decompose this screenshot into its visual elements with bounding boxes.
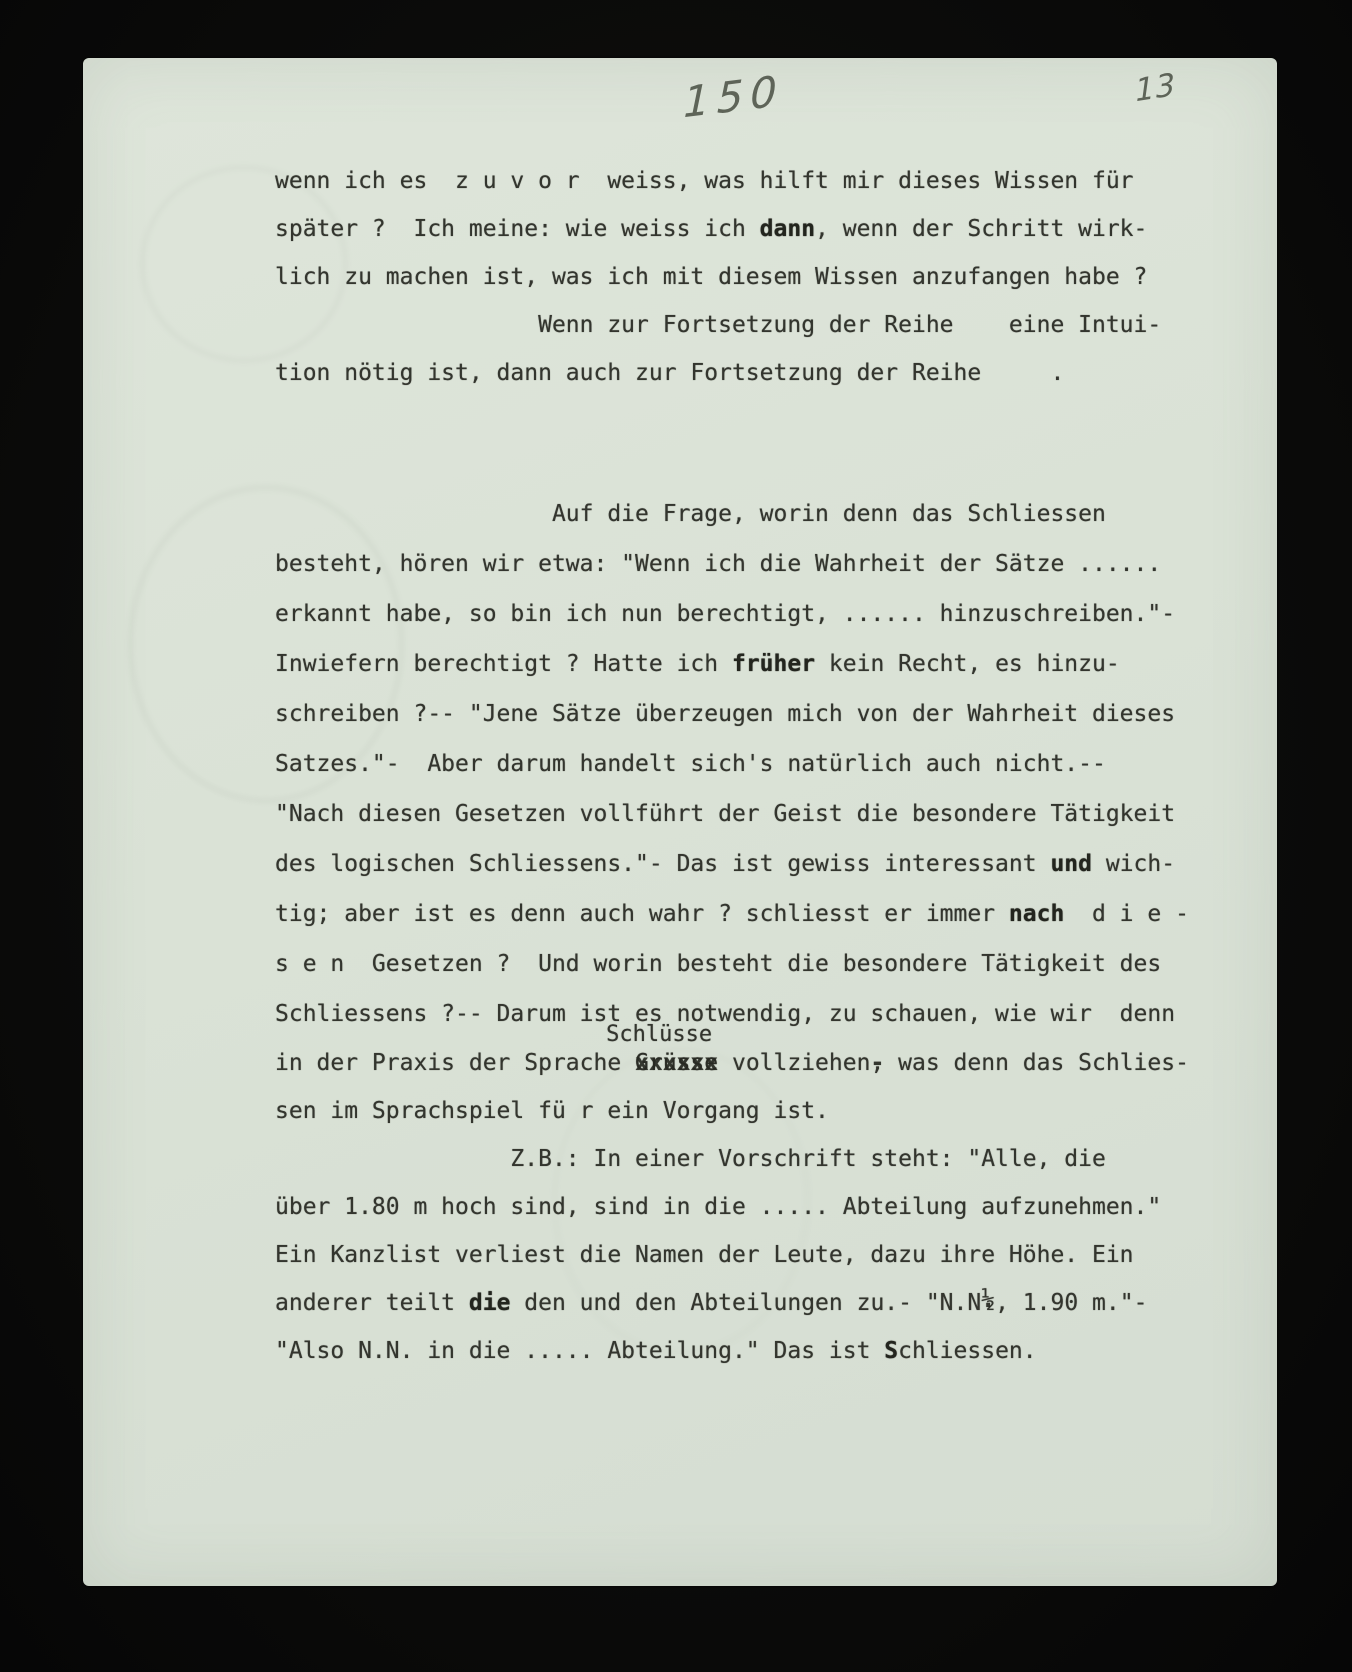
typed-text: erkannt habe, so bin ich nun berechtigt,… — [275, 589, 1175, 639]
typed-text: "Nach diesen Gesetzen vollführt der Geis… — [275, 789, 1175, 839]
typed-text: ,- — [870, 1039, 884, 1087]
typescript-line: s e n Gesetzen ? Und worin besteht die b… — [275, 939, 1255, 989]
typescript-line: Satzes."- Aber darum handelt sich's natü… — [275, 739, 1255, 789]
paper-sheet: 150 13 wenn ich es z u v o r weiss, was … — [83, 58, 1277, 1586]
typed-text: "Also N.N. in die ..... Abteilung." Das … — [275, 1327, 884, 1375]
typed-text: besteht, hören wir etwa: "Wenn ich die W… — [275, 539, 1161, 589]
typed-text: des logischen Schliessens."- Das ist gew… — [275, 839, 1050, 889]
typed-text: wenn ich es z u v o r weiss, was hilft m… — [275, 157, 1134, 205]
typescript-line: erkannt habe, so bin ich nun berechtigt,… — [275, 589, 1255, 639]
typed-text: ½. — [981, 1276, 995, 1324]
typed-text: d i e - — [1064, 889, 1189, 939]
typed-text: anderer teilt — [275, 1279, 469, 1327]
typed-text: die — [469, 1279, 511, 1327]
typescript-line: schreiben ?-- "Jene Sätze überzeugen mic… — [275, 689, 1255, 739]
overtype-strike: - — [870, 1039, 884, 1087]
typed-text: vollziehen — [718, 1039, 870, 1087]
typed-text: kein Recht, es hinzu- — [815, 639, 1120, 689]
typescript-line: sen im Sprachspiel fü r ein Vorgang ist. — [275, 1087, 1255, 1135]
scan-background: 150 13 wenn ich es z u v o r weiss, was … — [0, 0, 1352, 1672]
typescript-line: später ? Ich meine: wie weiss ich dann, … — [275, 205, 1255, 253]
typescript-line: Z.B.: In einer Vorschrift steht: "Alle, … — [275, 1135, 1255, 1183]
typescript-line: Schliessens ?-- Darum ist es notwendig, … — [275, 989, 1255, 1039]
typed-text: den und den Abteilungen zu.- "N.N — [510, 1279, 981, 1327]
typescript-line: "Nach diesen Gesetzen vollführt der Geis… — [275, 789, 1255, 839]
typescript-line: anderer teilt die den und den Abteilunge… — [275, 1279, 1255, 1327]
typescript-line: tion nötig ist, dann auch zur Fortsetzun… — [275, 349, 1255, 397]
typescript-paragraph: Auf die Frage, worin denn das Schliessen… — [275, 489, 1255, 1039]
typed-text: Inwiefern berechtigt ? Hatte ich — [275, 639, 732, 689]
typescript-line: "Also N.N. in die ..... Abteilung." Das … — [275, 1327, 1255, 1375]
typed-text: Ein Kanzlist verliest die Namen der Leut… — [275, 1231, 1134, 1279]
typescript-line: tig; aber ist es denn auch wahr ? schlie… — [275, 889, 1255, 939]
typed-text: später ? Ich meine: wie weiss ich — [275, 205, 760, 253]
typed-text: s e n Gesetzen ? Und worin besteht die b… — [275, 939, 1161, 989]
typescript-line: lich zu machen ist, was ich mit diesem W… — [275, 253, 1255, 301]
typescript-block: wenn ich es z u v o r weiss, was hilft m… — [275, 157, 1255, 1375]
typescript-line: Inwiefern berechtigt ? Hatte ich früher … — [275, 639, 1255, 689]
typed-text: früher — [732, 639, 815, 689]
typed-text: tion nötig ist, dann auch zur Fortsetzun… — [275, 349, 1064, 397]
typescript-line: des logischen Schliessens."- Das ist gew… — [275, 839, 1255, 889]
typed-text: über 1.80 m hoch sind, sind in die .....… — [275, 1183, 1161, 1231]
handwritten-page-number: 150 — [683, 66, 784, 128]
typed-text: , 1.90 m."- — [995, 1279, 1147, 1327]
typed-text: lich zu machen ist, was ich mit diesem W… — [275, 253, 1147, 301]
typed-text: , wenn der Schritt wirk- — [815, 205, 1147, 253]
typed-text: tig; aber ist es denn auch wahr ? schlie… — [275, 889, 1009, 939]
overtype-strike: . — [981, 1276, 995, 1324]
typed-text: Schliessens ?-- Darum ist es notwendig, … — [275, 989, 1175, 1039]
typescript-line: Ein Kanzlist verliest die Namen der Leut… — [275, 1231, 1255, 1279]
typed-text: Auf die Frage, worin denn das Schliessen — [275, 489, 1106, 539]
typescript-paragraph: wenn ich es z u v o r weiss, was hilft m… — [275, 157, 1255, 397]
typed-text: und — [1050, 839, 1092, 889]
typed-text: nach — [1009, 889, 1064, 939]
typed-text: in der Praxis der Sprache — [275, 1039, 635, 1087]
typescript-line: besteht, hören wir etwa: "Wenn ich die W… — [275, 539, 1255, 589]
typed-text: dann — [760, 205, 815, 253]
typed-text: Z.B.: In einer Vorschrift steht: "Alle, … — [275, 1135, 1106, 1183]
handwritten-folio-number: 13 — [1134, 67, 1177, 110]
typescript-line: wenn ich es z u v o r weiss, was hilft m… — [275, 157, 1255, 205]
typed-text: was denn das Schlies- — [884, 1039, 1189, 1087]
typed-text: Satzes."- Aber darum handelt sich's natü… — [275, 739, 1106, 789]
typed-text: sen im Sprachspiel fü r ein Vorgang ist. — [275, 1087, 829, 1135]
typed-text: S — [884, 1327, 898, 1375]
typed-text: Wenn zur Fortsetzung der Reihe eine Intu… — [275, 301, 1161, 349]
typed-text: wich- — [1092, 839, 1175, 889]
interlinear-insertion: Schlüsse — [606, 1024, 712, 1046]
typed-text: schreiben ?-- "Jene Sätze überzeugen mic… — [275, 689, 1175, 739]
typed-text: chliessen. — [898, 1327, 1036, 1375]
typescript-line: über 1.80 m hoch sind, sind in die .....… — [275, 1183, 1255, 1231]
typescript-line: Wenn zur Fortsetzung der Reihe eine Intu… — [275, 301, 1255, 349]
typescript-line: in der Praxis der Sprache Grüssexxxxxx v… — [275, 1039, 1255, 1087]
typescript-paragraph: in der Praxis der Sprache Grüssexxxxxx v… — [275, 1039, 1255, 1375]
typescript-line: Auf die Frage, worin denn das Schliessen — [275, 489, 1255, 539]
